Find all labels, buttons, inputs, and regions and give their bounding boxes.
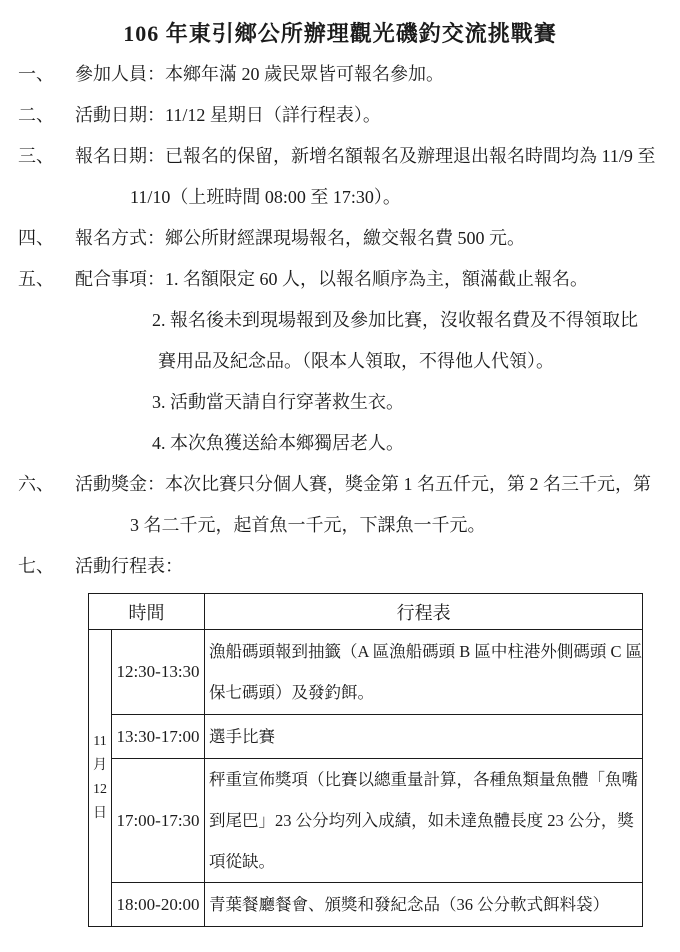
list-item-5: 五、 配合事項：1. 名額限定 60 人，以報名順序為主，額滿截止報名。 xyxy=(0,259,680,300)
schedule-desc-2: 選手比賽 xyxy=(205,715,643,759)
item-4-text: 報名方式：鄉公所財經課現場報名，繳交報名費 500 元。 xyxy=(75,218,525,259)
document-page: 106 年東引鄉公所辦理觀光磯釣交流挑戰賽 一、 參加人員：本鄉年滿 20 歲民… xyxy=(0,0,680,952)
date-line-1: 11 xyxy=(89,730,111,754)
schedule-row-4: 18:00-20:00 青葉餐廳餐會、頒獎和發紀念品（36 公分軟式餌料袋） xyxy=(89,883,643,927)
schedule-header-row: 時間 行程表 xyxy=(89,594,643,630)
item-1-text: 參加人員：本鄉年滿 20 歲民眾皆可報名參加。 xyxy=(75,54,444,95)
list-item-6: 六、 活動獎金：本次比賽只分個人賽，獎金第 1 名五仟元，第 2 名三千元，第 xyxy=(0,464,680,505)
item-2-text: 活動日期：11/12 星期日（詳行程表）。 xyxy=(75,95,381,136)
list-item-3: 三、 報名日期：已報名的保留，新增名額報名及辦理退出報名時間均為 11/9 至 xyxy=(0,136,680,177)
item-6-number: 六、 xyxy=(18,464,54,505)
date-line-3: 12 xyxy=(89,778,111,802)
schedule-header-time: 時間 xyxy=(89,594,205,630)
schedule-table: 時間 行程表 11 月 12 日 12:30-13:30 漁船碼頭報到抽籤（A … xyxy=(88,593,643,927)
item-5-number: 五、 xyxy=(18,259,54,300)
list-item-1: 一、 參加人員：本鄉年滿 20 歲民眾皆可報名參加。 xyxy=(0,54,680,95)
list-item-5-sub-4: 4. 本次魚獲送給本鄉獨居老人。 xyxy=(0,423,680,464)
item-6-continuation-text: 3 名二千元，起首魚一千元，下課魚一千元。 xyxy=(130,505,486,546)
item-5-text: 配合事項：1. 名額限定 60 人，以報名順序為主，額滿截止報名。 xyxy=(75,259,588,300)
list-item-5-sub-2-continuation: 賽用品及紀念品。（限本人領取，不得他人代領）。 xyxy=(0,341,680,382)
item-6-text: 活動獎金：本次比賽只分個人賽，獎金第 1 名五仟元，第 2 名三千元，第 xyxy=(75,464,651,505)
item-3-continuation-text: 11/10（上班時間 08:00 至 17:30）。 xyxy=(130,177,401,218)
item-5-sub-4-text: 4. 本次魚獲送給本鄉獨居老人。 xyxy=(152,423,404,464)
desc-4-line-1: 青葉餐廳餐會、頒獎和發紀念品（36 公分軟式餌料袋） xyxy=(205,884,642,925)
schedule-time-3: 17:00-17:30 xyxy=(112,759,205,883)
item-5-sub-2-continuation-text: 賽用品及紀念品。（限本人領取，不得他人代領）。 xyxy=(158,341,554,382)
desc-2-line-1: 選手比賽 xyxy=(205,716,642,757)
schedule-header-program: 行程表 xyxy=(205,594,643,630)
item-7-text: 活動行程表： xyxy=(75,546,183,587)
list-item-3-continuation: 11/10（上班時間 08:00 至 17:30）。 xyxy=(0,177,680,218)
list-item-6-continuation: 3 名二千元，起首魚一千元，下課魚一千元。 xyxy=(0,505,680,546)
schedule-row-1: 11 月 12 日 12:30-13:30 漁船碼頭報到抽籤（A 區漁船碼頭 B… xyxy=(89,630,643,715)
schedule-row-3: 17:00-17:30 秤重宣佈獎項（比賽以總重量計算，各種魚類量魚體「魚嘴 到… xyxy=(89,759,643,883)
desc-1-line-2: 保七碼頭）及發釣餌。 xyxy=(205,672,642,713)
item-1-number: 一、 xyxy=(18,54,54,95)
desc-3-line-1: 秤重宣佈獎項（比賽以總重量計算，各種魚類量魚體「魚嘴 xyxy=(205,759,642,800)
item-7-number: 七、 xyxy=(18,546,54,587)
item-3-number: 三、 xyxy=(18,136,54,177)
schedule-time-1: 12:30-13:30 xyxy=(112,630,205,715)
schedule-desc-3: 秤重宣佈獎項（比賽以總重量計算，各種魚類量魚體「魚嘴 到尾巴」23 公分均列入成… xyxy=(205,759,643,883)
schedule-time-2: 13:30-17:00 xyxy=(112,715,205,759)
date-line-2: 月 xyxy=(89,754,111,778)
desc-1-line-1: 漁船碼頭報到抽籤（A 區漁船碼頭 B 區中柱港外側碼頭 C 區 xyxy=(205,631,642,672)
item-4-number: 四、 xyxy=(18,218,54,259)
list-item-7: 七、 活動行程表： xyxy=(0,546,680,587)
desc-3-line-2: 到尾巴」23 公分均列入成績，如未達魚體長度 23 公分，獎 xyxy=(205,800,642,841)
schedule-date-cell: 11 月 12 日 xyxy=(89,630,112,927)
schedule-desc-4: 青葉餐廳餐會、頒獎和發紀念品（36 公分軟式餌料袋） xyxy=(205,883,643,927)
document-title: 106 年東引鄉公所辦理觀光磯釣交流挑戰賽 xyxy=(0,0,680,54)
item-5-sub-2-text: 2. 報名後未到現場報到及參加比賽，沒收報名費及不得領取比 xyxy=(152,300,638,341)
schedule-desc-1: 漁船碼頭報到抽籤（A 區漁船碼頭 B 區中柱港外側碼頭 C 區 保七碼頭）及發釣… xyxy=(205,630,643,715)
list-item-4: 四、 報名方式：鄉公所財經課現場報名，繳交報名費 500 元。 xyxy=(0,218,680,259)
item-2-number: 二、 xyxy=(18,95,54,136)
date-line-4: 日 xyxy=(89,802,111,826)
list-item-2: 二、 活動日期：11/12 星期日（詳行程表）。 xyxy=(0,95,680,136)
schedule-row-2: 13:30-17:00 選手比賽 xyxy=(89,715,643,759)
desc-3-line-3: 項從缺。 xyxy=(205,841,642,882)
list-item-5-sub-3: 3. 活動當天請自行穿著救生衣。 xyxy=(0,382,680,423)
body-text: 一、 參加人員：本鄉年滿 20 歲民眾皆可報名參加。 二、 活動日期：11/12… xyxy=(0,54,680,587)
list-item-5-sub-2: 2. 報名後未到現場報到及參加比賽，沒收報名費及不得領取比 xyxy=(0,300,680,341)
item-5-sub-3-text: 3. 活動當天請自行穿著救生衣。 xyxy=(152,382,404,423)
schedule-time-4: 18:00-20:00 xyxy=(112,883,205,927)
item-3-text: 報名日期：已報名的保留，新增名額報名及辦理退出報名時間均為 11/9 至 xyxy=(75,136,655,177)
